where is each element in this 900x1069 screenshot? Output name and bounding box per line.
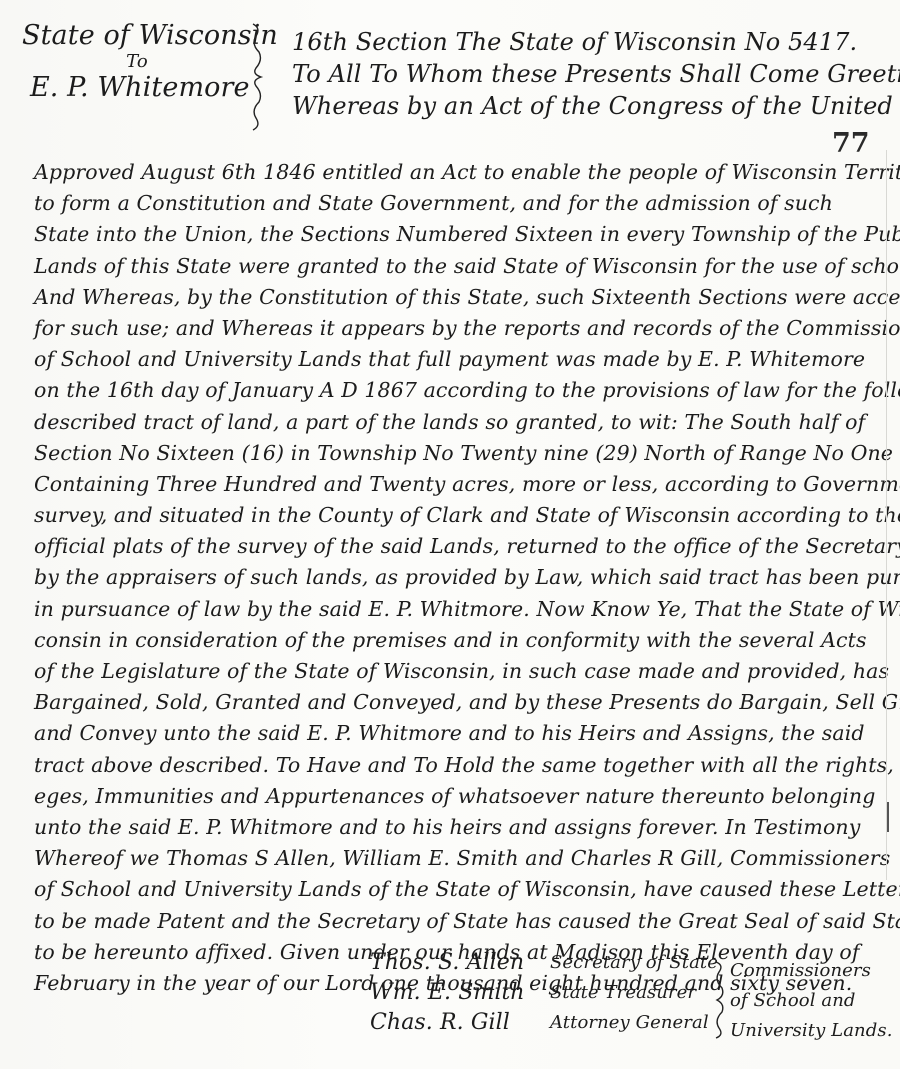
body-line: and Convey unto the said E. P. Whitmore … (34, 718, 884, 749)
grantee: E. P. Whitemore (22, 72, 252, 104)
body-line: of School and University Lands that full… (34, 344, 884, 375)
document-page: State of Wisconsin To E. P. Whitemore 16… (0, 0, 900, 1069)
body-line: official plats of the survey of the said… (34, 531, 884, 562)
body-line: tract above described. To Have and To Ho… (34, 750, 884, 781)
commissioners-label: Commissioners of School and University L… (730, 956, 900, 1046)
signature-title: Attorney General (550, 1012, 709, 1033)
patent-header: 16th Section The State of Wisconsin No 5… (292, 24, 882, 120)
commissioners-line: University Lands. (730, 1016, 900, 1046)
parties-connector: To (22, 52, 252, 72)
signature-name: Thos. S. Allen (370, 950, 524, 975)
body-line: to be made Patent and the Secretary of S… (34, 906, 884, 937)
margin-mark (887, 802, 889, 832)
body-line: Lands of this State were granted to the … (34, 251, 884, 282)
grantor: State of Wisconsin (22, 20, 252, 52)
commissioners-line: Commissioners (730, 956, 900, 986)
signature-name: Wm. E. Smith (370, 980, 525, 1005)
body-line: And Whereas, by the Constitution of this… (34, 282, 884, 313)
curly-brace-icon (250, 22, 264, 132)
body-line: described tract of land, a part of the l… (34, 407, 884, 438)
body-line: for such use; and Whereas it appears by … (34, 313, 884, 344)
body-line: Whereof we Thomas S Allen, William E. Sm… (34, 843, 884, 874)
curly-brace-icon (713, 960, 727, 1040)
patent-body: Approved August 6th 1846 entitled an Act… (34, 157, 884, 999)
page-edge-line (886, 150, 887, 880)
body-line: State into the Union, the Sections Numbe… (34, 219, 884, 250)
body-line: on the 16th day of January A D 1867 acco… (34, 375, 884, 406)
body-line: Section No Sixteen (16) in Township No T… (34, 438, 884, 469)
parties-block: State of Wisconsin To E. P. Whitemore (22, 20, 252, 104)
signature-title: Secretary of State (550, 952, 718, 973)
body-line: unto the said E. P. Whitmore and to his … (34, 812, 884, 843)
body-line: Approved August 6th 1846 entitled an Act… (34, 157, 884, 188)
body-line: eges, Immunities and Appurtenances of wh… (34, 781, 884, 812)
body-line: consin in consideration of the premises … (34, 625, 884, 656)
body-line: Containing Three Hundred and Twenty acre… (34, 469, 884, 500)
header-line-whereas: Whereas by an Act of the Congress of the… (292, 88, 882, 120)
body-line: in pursuance of law by the said E. P. Wh… (34, 594, 884, 625)
signature-name: Chas. R. Gill (370, 1010, 510, 1035)
page-number: 77 (832, 128, 870, 159)
body-line: Bargained, Sold, Granted and Conveyed, a… (34, 687, 884, 718)
header-line-greeting: To All To Whom these Presents Shall Come… (292, 56, 882, 88)
body-line: of School and University Lands of the St… (34, 874, 884, 905)
signature-title: State Treasurer (550, 982, 696, 1003)
commissioners-line: of School and (730, 986, 900, 1016)
body-line: to form a Constitution and State Governm… (34, 188, 884, 219)
body-line: of the Legislature of the State of Wisco… (34, 656, 884, 687)
body-line: by the appraisers of such lands, as prov… (34, 562, 884, 593)
body-line: survey, and situated in the County of Cl… (34, 500, 884, 531)
header-line-section: 16th Section The State of Wisconsin No 5… (292, 24, 882, 56)
